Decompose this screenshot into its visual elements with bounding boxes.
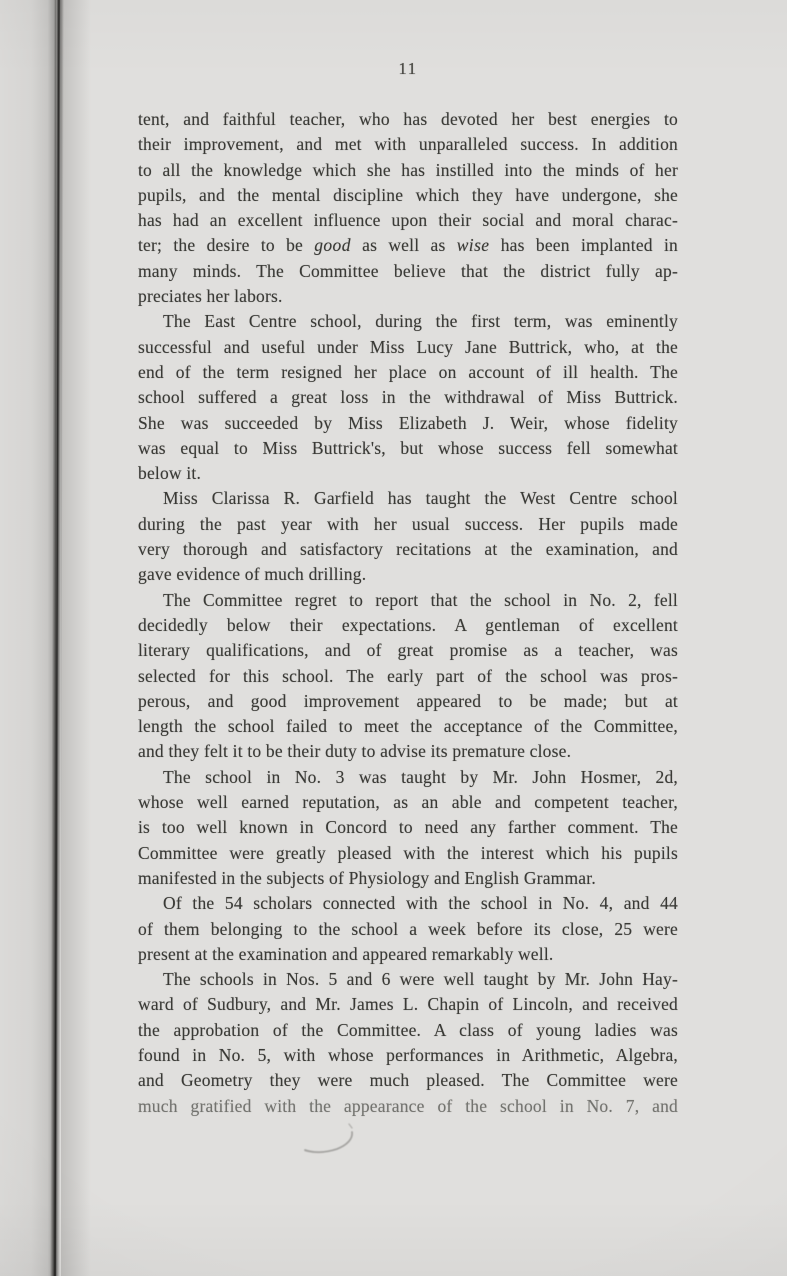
text-line: was equal to Miss Buttrick's, but whose … <box>138 436 678 461</box>
text-line: much gratified with the appearance of th… <box>138 1094 678 1119</box>
text-line: end of the term resigned her place on ac… <box>138 360 678 385</box>
text-line: the approbation of the Committee. A clas… <box>138 1018 678 1043</box>
text-line: to all the knowledge which she has insti… <box>138 158 678 183</box>
scanned-book-page: 11 tent, and faithful teacher, who has d… <box>0 0 787 1276</box>
paragraph: The schools in Nos. 5 and 6 were well ta… <box>138 967 678 1119</box>
page-number: 11 <box>138 59 678 79</box>
text-line: Miss Clarissa R. Garfield has taught the… <box>138 486 678 511</box>
text-line: length the school failed to meet the acc… <box>138 714 678 739</box>
text-line: and Geometry they were much pleased. The… <box>138 1068 678 1093</box>
text-line: has had an excellent influence upon thei… <box>138 208 678 233</box>
text-line: found in No. 5, with whose performances … <box>138 1043 678 1068</box>
text-line: present at the examination and appeared … <box>138 942 678 967</box>
text-line: The school in No. 3 was taught by Mr. Jo… <box>138 765 678 790</box>
text-line: preciates her labors. <box>138 284 678 309</box>
text-line: Committee were greatly pleased with the … <box>138 841 678 866</box>
ink-smudge <box>303 1120 375 1162</box>
text-line: is too well known in Concord to need any… <box>138 815 678 840</box>
paragraph: Miss Clarissa R. Garfield has taught the… <box>138 486 678 587</box>
text-line: gave evidence of much drilling. <box>138 562 678 587</box>
text-line: ward of Sudbury, and Mr. James L. Chapin… <box>138 992 678 1017</box>
text-line: successful and useful under Miss Lucy Ja… <box>138 335 678 360</box>
facing-page-edge <box>0 0 56 1276</box>
text-line: tent, and faithful teacher, who has devo… <box>138 107 678 132</box>
gutter-shadow <box>61 0 91 1276</box>
paragraph: The Committee regret to report that the … <box>138 588 678 765</box>
text-line: very thorough and satisfactory recitatio… <box>138 537 678 562</box>
paragraph: tent, and faithful teacher, who has devo… <box>138 107 678 309</box>
text-line: ter; the desire to be good as well as wi… <box>138 233 678 258</box>
paragraph: Of the 54 scholars connected with the sc… <box>138 891 678 967</box>
text-line: perous, and good improvement appeared to… <box>138 689 678 714</box>
text-line: The East Centre school, during the first… <box>138 309 678 334</box>
text-line: manifested in the subjects of Physiology… <box>138 866 678 891</box>
text-line: and they felt it to be their duty to adv… <box>138 739 678 764</box>
text-line: whose well earned reputation, as an able… <box>138 790 678 815</box>
text-line: many minds. The Committee believe that t… <box>138 259 678 284</box>
text-block: tent, and faithful teacher, who has devo… <box>138 107 678 1119</box>
text-line: Of the 54 scholars connected with the sc… <box>138 891 678 916</box>
text-line: school suffered a great loss in the with… <box>138 385 678 410</box>
text-line: selected for this school. The early part… <box>138 664 678 689</box>
text-line: below it. <box>138 461 678 486</box>
text-line: She was succeeded by Miss Elizabeth J. W… <box>138 411 678 436</box>
text-line: their improvement, and met with unparall… <box>138 132 678 157</box>
text-line: The schools in Nos. 5 and 6 were well ta… <box>138 967 678 992</box>
text-line: decidedly below their expectations. A ge… <box>138 613 678 638</box>
paragraph: The East Centre school, during the first… <box>138 309 678 486</box>
text-line: The Committee regret to report that the … <box>138 588 678 613</box>
text-line: pupils, and the mental discipline which … <box>138 183 678 208</box>
paragraph: The school in No. 3 was taught by Mr. Jo… <box>138 765 678 891</box>
text-line: of them belonging to the school a week b… <box>138 917 678 942</box>
text-line: literary qualifications, and of great pr… <box>138 638 678 663</box>
text-line: during the past year with her usual succ… <box>138 512 678 537</box>
